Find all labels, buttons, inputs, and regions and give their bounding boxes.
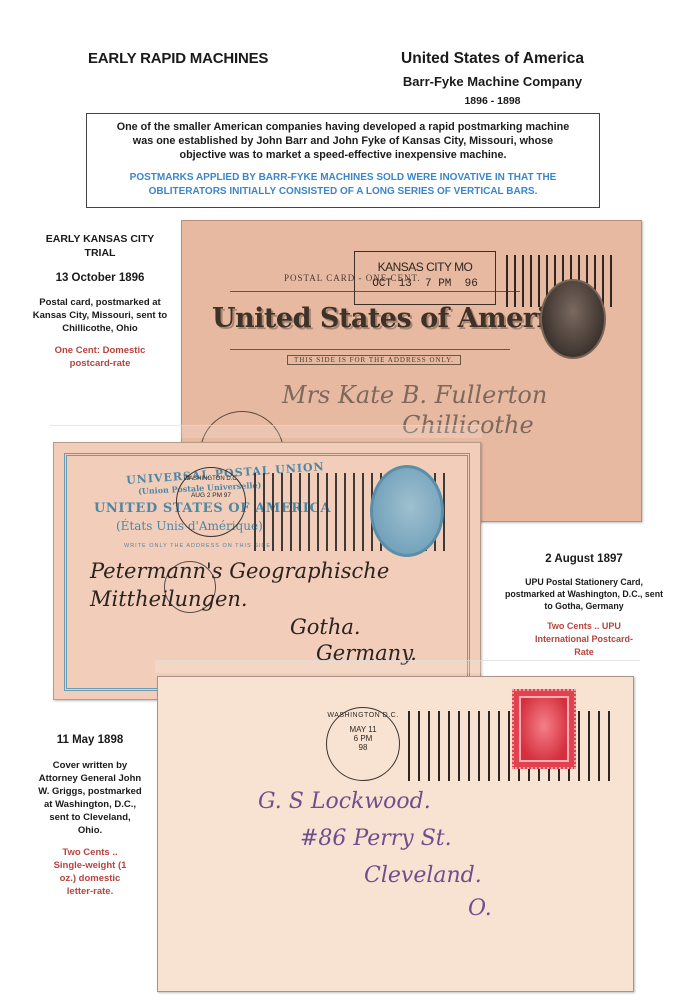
postmark-date: AUG 2 PM 97	[177, 492, 245, 499]
company-name: Barr-Fyke Machine Company	[360, 74, 625, 89]
jefferson-indicia-icon	[540, 279, 606, 359]
address-line: Gotha.	[290, 615, 417, 639]
address-line: O.	[468, 896, 492, 921]
caption-date: 13 October 1896	[30, 271, 170, 285]
two-cent-washington-stamp-icon	[512, 689, 576, 769]
caption-rate: Two Cents .. UPU International Postcard-…	[494, 620, 674, 659]
address-line: Mittheilungen.	[90, 587, 417, 611]
upu-footer: WRITE ONLY THE ADDRESS ON THIS SIDE	[124, 543, 271, 549]
caption-rate: One Cent: Domestic postcard-rate	[30, 344, 170, 370]
postmark-city: KANSAS CITY MO	[355, 260, 495, 274]
section-title: EARLY RAPID MACHINES	[88, 50, 268, 67]
caption-date: 2 August 1897	[494, 552, 674, 566]
postmark-date: MAY 11	[327, 725, 399, 734]
washington-postmark-1898: WASHINGTON D.C. MAY 11 6 PM 98	[326, 707, 400, 781]
caption-description: UPU Postal Stationery Card, postmarked a…	[494, 576, 674, 612]
printed-title: United States of America.	[212, 303, 588, 334]
header-block: United States of America Barr-Fyke Machi…	[360, 50, 625, 107]
postmark-date: OCT 13 7 PM 96	[355, 278, 495, 290]
intro-highlight: POSTMARKS APPLIED BY BARR-FYKE MACHINES …	[87, 171, 599, 199]
caption-item-1: EARLY KANSAS CITY TRIAL 13 October 1896 …	[30, 232, 170, 370]
mount-sleeve	[155, 660, 640, 673]
postmark-time: 6 PM	[327, 734, 399, 743]
address-only-banner: THIS SIDE IS FOR THE ADDRESS ONLY.	[287, 355, 461, 365]
address-line: G. S Lockwood.	[258, 789, 492, 814]
handwritten-address: Petermann's Geographische Mittheilungen.…	[90, 559, 417, 665]
mount-sleeve	[50, 425, 482, 438]
ornament-rule	[230, 349, 510, 350]
postmark-year: 98	[327, 743, 399, 752]
intro-paragraph: One of the smaller American companies ha…	[87, 120, 599, 162]
cover-1898: WASHINGTON D.C. MAY 11 6 PM 98 G. S Lock…	[157, 676, 634, 992]
vertical-bar-obliterator	[408, 711, 610, 781]
postmark-city: WASHINGTON D.C.	[327, 712, 399, 719]
country-title: United States of America	[360, 50, 625, 68]
address-line: Mrs Kate B. Fullerton	[282, 381, 547, 409]
liberty-head-indicia-icon	[370, 465, 444, 557]
washington-postmark-1897: WASHINGTON D.C. AUG 2 PM 97	[176, 467, 246, 537]
address-line: Petermann's Geographische	[90, 559, 417, 583]
caption-title: EARLY KANSAS CITY TRIAL	[30, 232, 170, 260]
caption-item-3: 11 May 1898 Cover written by Attorney Ge…	[38, 733, 142, 898]
year-range: 1896 - 1898	[360, 95, 625, 107]
caption-item-2: 2 August 1897 UPU Postal Stationery Card…	[494, 552, 674, 659]
caption-rate: Two Cents .. Single-weight (1 oz.) domes…	[38, 846, 142, 898]
intro-box: One of the smaller American companies ha…	[86, 113, 600, 208]
handwritten-address: G. S Lockwood. #86 Perry St. Cleveland. …	[258, 789, 492, 921]
caption-date: 11 May 1898	[38, 733, 142, 747]
caption-description: Postal card, postmarked at Kansas City, …	[30, 296, 170, 335]
address-line: Cleveland.	[364, 863, 492, 888]
postmark-city: WASHINGTON D.C.	[177, 476, 245, 482]
box-postmark: KANSAS CITY MO OCT 13 7 PM 96	[354, 251, 496, 305]
address-line: #86 Perry St.	[300, 826, 492, 851]
caption-description: Cover written by Attorney General John W…	[38, 759, 142, 837]
stamp-portrait	[519, 696, 569, 762]
